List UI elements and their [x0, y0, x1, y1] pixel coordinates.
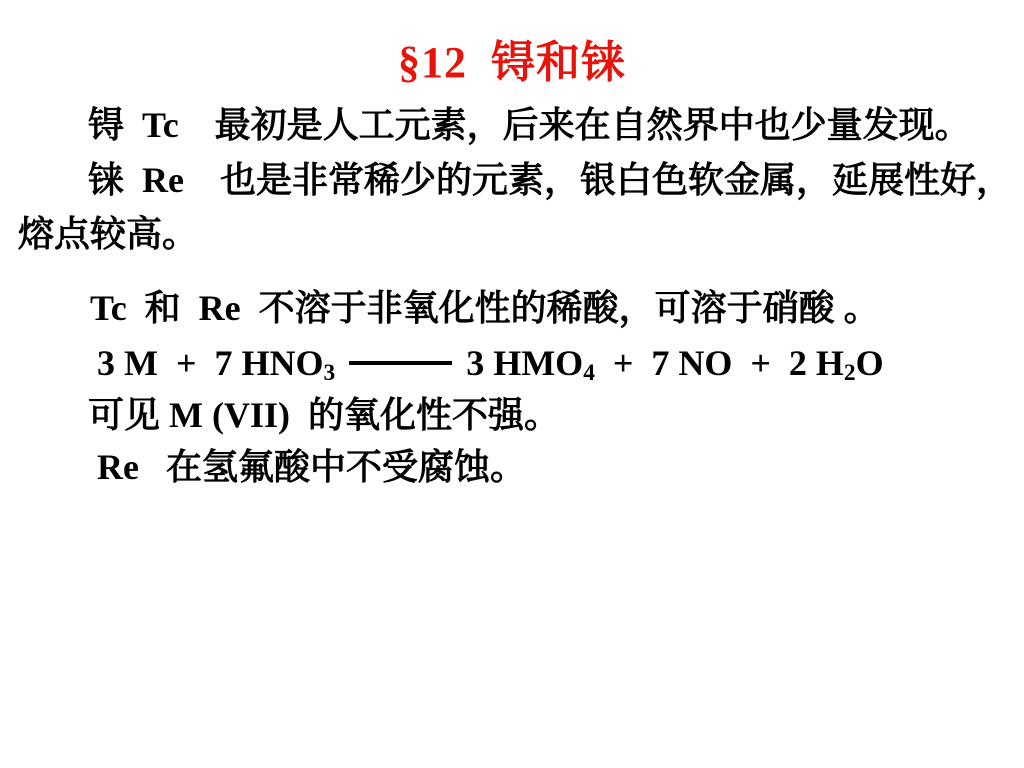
slide-title: §12 锝和铼 — [0, 26, 1024, 90]
equation-subscript: 4 — [583, 360, 595, 386]
equation-text: 3 HMO — [466, 343, 583, 383]
reaction-line — [349, 361, 452, 365]
body-line-acid-solubility: Tc 和 Re 不溶于非氧化性的稀酸，可溶于硝酸 。 — [90, 287, 880, 330]
equation-subscript: 3 — [324, 360, 336, 386]
slide: §12 锝和铼 锝 Tc 最初是人工元素，后来在自然界中也少量发现。 铼 Re … — [0, 0, 1024, 768]
body-line-melting-point: 熔点较高。 — [18, 213, 198, 256]
body-line-hf-corrosion: Re 在氢氟酸中不受腐蚀。 — [97, 446, 526, 489]
equation-text: + 7 NO + 2 H — [595, 343, 844, 383]
equation-text: 3 M + 7 HNO — [97, 343, 324, 383]
equation-text: O — [856, 343, 884, 383]
body-line-oxidizing-ability: 可见 M (VII) 的氧化性不强。 — [88, 394, 560, 437]
body-line-tc-intro: 锝 Tc 最初是人工元素，后来在自然界中也少量发现。 — [88, 104, 971, 147]
chemical-equation: 3 M + 7 HNO33 HMO4 + 7 NO + 2 H2O — [97, 342, 884, 387]
body-line-re-intro: 铼 Re 也是非常稀少的元素，银白色软金属，延展性好， — [88, 159, 1012, 202]
equation-subscript: 2 — [844, 360, 856, 386]
